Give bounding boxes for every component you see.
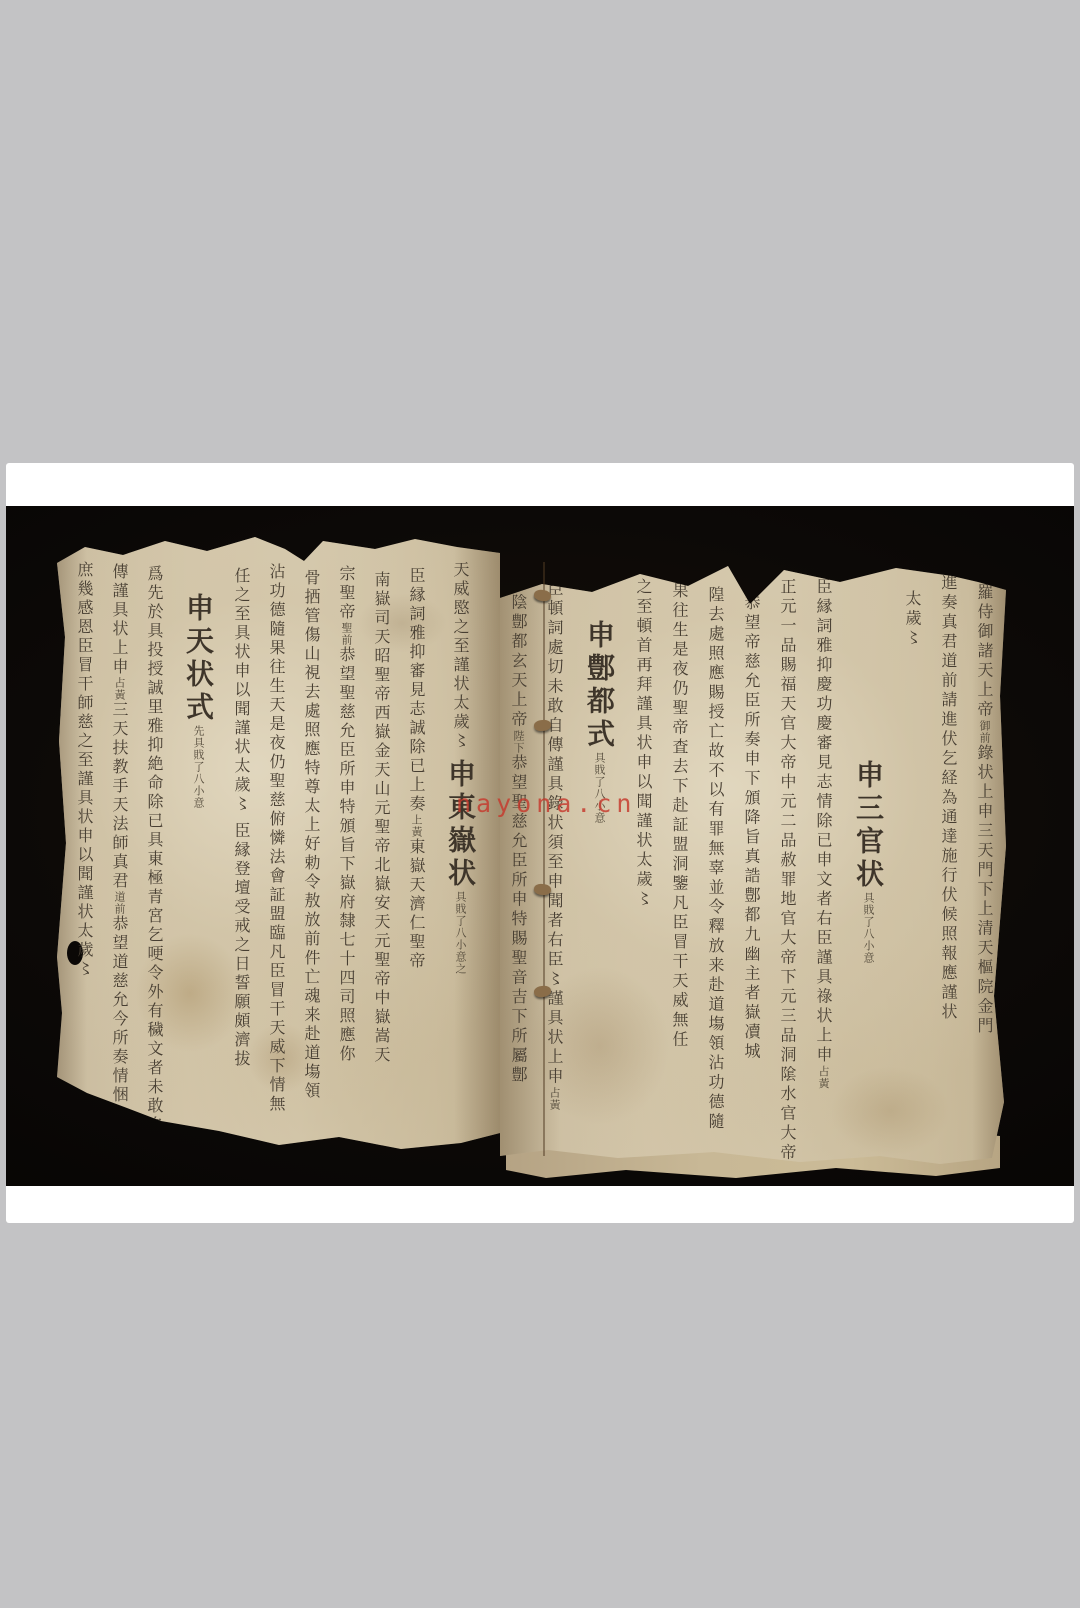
column-text: 請進伏乞経為通達施行伏候照報應謹状 [939, 691, 958, 1023]
column-text: 恭望 [742, 594, 761, 633]
text-column: 爲先於具投授誠里雅抑絶命除已具東極青宮乞哽令外有穢文者未敢自 [143, 565, 166, 1151]
watermark: nayona.cn [456, 789, 636, 818]
heading-text: 申諸天星斗状 [57, 601, 58, 799]
heading-text: 申三官状 [852, 760, 885, 892]
small-annotation: 占黃 [548, 1087, 561, 1111]
manuscript-page-right: 大羅侍御諸天上帝御前錄状上申三天門下上清天樞院金門進奏真君道前請進伏乞経為通達施… [500, 546, 1006, 1186]
column-text: 太歲〻 [903, 590, 922, 649]
small-annotation: 具戝了八小意 [862, 892, 875, 964]
column-text: 錄状上申三天門下上清天樞院金門 [975, 744, 994, 1037]
text-column: 進奏真君道前請進伏乞経為通達施行伏候照報應謹状 [937, 574, 960, 1186]
column-text: 庶幾感恩臣冒干師慈之至謹具状申以聞謹状 [75, 561, 94, 922]
column-text: 恭望 [337, 646, 356, 684]
column-text: 太歲〻 [75, 922, 94, 979]
column-text: 臣縁詞雅抑審見志誠除已上奏 [407, 567, 426, 814]
small-annotation: 御前 [978, 720, 991, 744]
text-column: 宗聖帝聖前恭望聖慈允臣所申特頒旨下嶽府隸七十四司照應你 [335, 565, 358, 1151]
section-heading-column: 申諸天星斗状先具戝了八小意 [57, 601, 61, 1151]
column-text: 之至頓首再拜謹具状申以聞謹状 [634, 578, 653, 851]
text-column: 骨拪管傷山視去處照應特尊太上好勅令敖放前件亡魂来赴道塲領 [300, 569, 323, 1151]
binding-knot [534, 883, 552, 895]
column-text: 正元一品賜福天官大帝中元二品赦罪地官大帝下元三品洞隂水官大帝 [778, 578, 797, 1163]
section-heading-column: 天威愍之至謹状太歲〻申東嶽状具戝了八小意之 [440, 561, 480, 1151]
column-text: 太歲〻 [634, 851, 653, 910]
small-annotation: 占黃 [817, 1066, 830, 1090]
text-column: 果往生是夜仍聖帝査去下赴証盟洞鑒凡臣冒干天威無任 [668, 582, 691, 1186]
text-column: 隍去處照應賜授亡故不以有罪無辜並令釋放来赴道塲領沾功德隨 [704, 586, 727, 1186]
small-annotation: 聖前 [340, 622, 353, 646]
column-text: 臣縁詞雅抑慶功慶審見志情除已申文者右臣謹具祿状上申 [814, 578, 833, 1066]
column-text: 北陰鄷都玄天上帝 [509, 574, 528, 730]
text-column: 之至頓首再拜謹具状申以聞謹状太歲〻 [632, 578, 655, 1186]
column-text: 東極青宮乞哽令外有穢文者未敢自 [145, 850, 164, 1135]
column-text: 沾功德隨 [267, 563, 286, 639]
small-annotation: 聖前 [745, 570, 758, 594]
text-column: 庶幾感恩臣冒干師慈之至謹具状申以聞謹状太歲〻 [73, 561, 96, 1151]
column-text: 帝慈允臣所奏申下頒降旨真誥鄷都九幽主者嶽凟城 [742, 633, 761, 1062]
text-column: 臣縁詞雅抑審見志誠除已上奏上黃東嶽天濟仁聖帝 [405, 567, 428, 1151]
small-annotation: 上黃 [410, 814, 423, 838]
text-column: 南嶽司天昭聖帝西嶽金天山元聖帝北嶽安天元聖帝中嶽嵩天 [370, 571, 393, 1151]
text-column: 北陰鄷都玄天上帝陛下恭望聖慈允臣所申特賜聖音吉下所屬鄷 [507, 574, 530, 1186]
section-heading-column: 申三官状具戝了八小意 [848, 760, 888, 1186]
column-text: 三天扶教手天法師真君 [110, 701, 129, 891]
column-text: 恭望道慈允今所奏情悃 [110, 915, 129, 1105]
column-text: 臣頓詞處切未敢自傳謹具錄状須至申聞者右臣〻謹具状上申 [545, 580, 564, 1087]
column-text: 東嶽天濟仁聖帝 [407, 838, 426, 971]
text-column: 傳謹具状上申占黃三天扶教手天法師真君道前恭望道慈允今所奏情悃 [108, 563, 131, 1151]
text-column: 聖前恭望帝慈允臣所奏申下頒降旨真誥鄷都九幽主者嶽凟城 [740, 570, 763, 1186]
binding-thread [543, 562, 545, 1156]
section-heading-column: 申鄷都式具戝了八小意 [579, 620, 619, 1186]
column-text: 聖慈允臣所申特頒旨下嶽府隸七十四司照應你 [337, 684, 356, 1064]
white-band-top [6, 463, 1074, 506]
paper-tear [287, 533, 315, 549]
column-text: 進奏真君道前 [939, 574, 958, 691]
column-text: 傳謹具状上申 [110, 563, 129, 677]
small-annotation: 道前 [113, 891, 126, 915]
column-text: 天威愍之至謹状太歲〻 [451, 561, 470, 751]
small-annotation: 陛下 [512, 730, 525, 754]
text-column: 沾功德隨果往生天是夜仍聖慈俯憐法會証盟臨凡臣冒干天威下情無 [265, 563, 288, 1151]
column-text: 果往生天是夜仍聖慈俯憐法會証盟臨凡臣冒干天威下情無 [267, 639, 286, 1114]
text-column: 正元一品賜福天官大帝中元二品赦罪地官大帝下元三品洞隂水官大帝 [776, 578, 799, 1186]
text-column: 大羅侍御諸天上帝御前錄状上申三天門下上清天樞院金門 [973, 564, 996, 1186]
white-band-bottom [6, 1186, 1074, 1223]
column-text: 骨拪管傷山視去處照應特尊太上好勅令敖放前件亡魂来赴道塲領 [302, 569, 321, 1101]
column-text: 太歲〻 [232, 757, 251, 814]
right-page-text: 大羅侍御諸天上帝御前錄状上申三天門下上清天樞院金門進奏真君道前請進伏乞経為通達施… [500, 546, 1006, 1186]
small-annotation: 占黃 [113, 677, 126, 701]
column-text: 宗聖帝 [337, 565, 356, 622]
heading-text: 申天状式 [182, 593, 215, 725]
column-text: 果往生是夜仍聖帝査去下赴証盟洞鑒凡臣冒干天威無任 [670, 582, 689, 1050]
text-column: 太歲〻 [901, 590, 924, 1186]
text-column: 任之至具状申以聞謹状太歲〻臣縁登壇受戒之日誓願頗濟拔 [230, 567, 253, 1151]
column-text: 南嶽司天昭聖帝西嶽金天山元聖帝北嶽安天元聖帝中嶽嵩天 [372, 571, 391, 1065]
left-page-text: 天威愍之至謹状太歲〻申東嶽状具戝了八小意之臣縁詞雅抑審見志誠除已上奏上黃東嶽天濟… [57, 533, 500, 1151]
column-text: 任之至具状申以聞謹状 [232, 567, 251, 757]
text-column: 臣頓詞處切未敢自傳謹具錄状須至申聞者右臣〻謹具状上申占黃 [543, 580, 566, 1186]
small-annotation: 先具戝了八小意 [192, 725, 205, 809]
heading-text: 申東嶽状 [444, 759, 477, 891]
manuscript-page-left: 天威愍之至謹状太歲〻申東嶽状具戝了八小意之臣縁詞雅抑審見志誠除已上奏上黃東嶽天濟… [57, 533, 500, 1151]
small-annotation: 具戝了八小意之 [454, 891, 467, 975]
text-column: 臣縁詞雅抑慶功慶審見志情除已申文者右臣謹具祿状上申占黃 [812, 578, 835, 1186]
heading-text: 申鄷都式 [583, 620, 616, 752]
manuscript-photo: 天威愍之至謹状太歲〻申東嶽状具戝了八小意之臣縁詞雅抑審見志誠除已上奏上黃東嶽天濟… [6, 506, 1074, 1186]
column-text: 爲先於具投授誠里雅抑絶命除已具 [145, 565, 164, 850]
section-heading-column: 申天状式先具戝了八小意 [178, 593, 218, 1151]
column-text: 大羅侍御諸天上帝 [975, 564, 994, 720]
column-text: 隍去處照應賜授亡故不以有罪無辜並令釋放来赴道塲領沾功德隨 [706, 586, 725, 1132]
column-text: 臣縁登壇受戒之日誓願頗濟拔 [232, 822, 251, 1069]
